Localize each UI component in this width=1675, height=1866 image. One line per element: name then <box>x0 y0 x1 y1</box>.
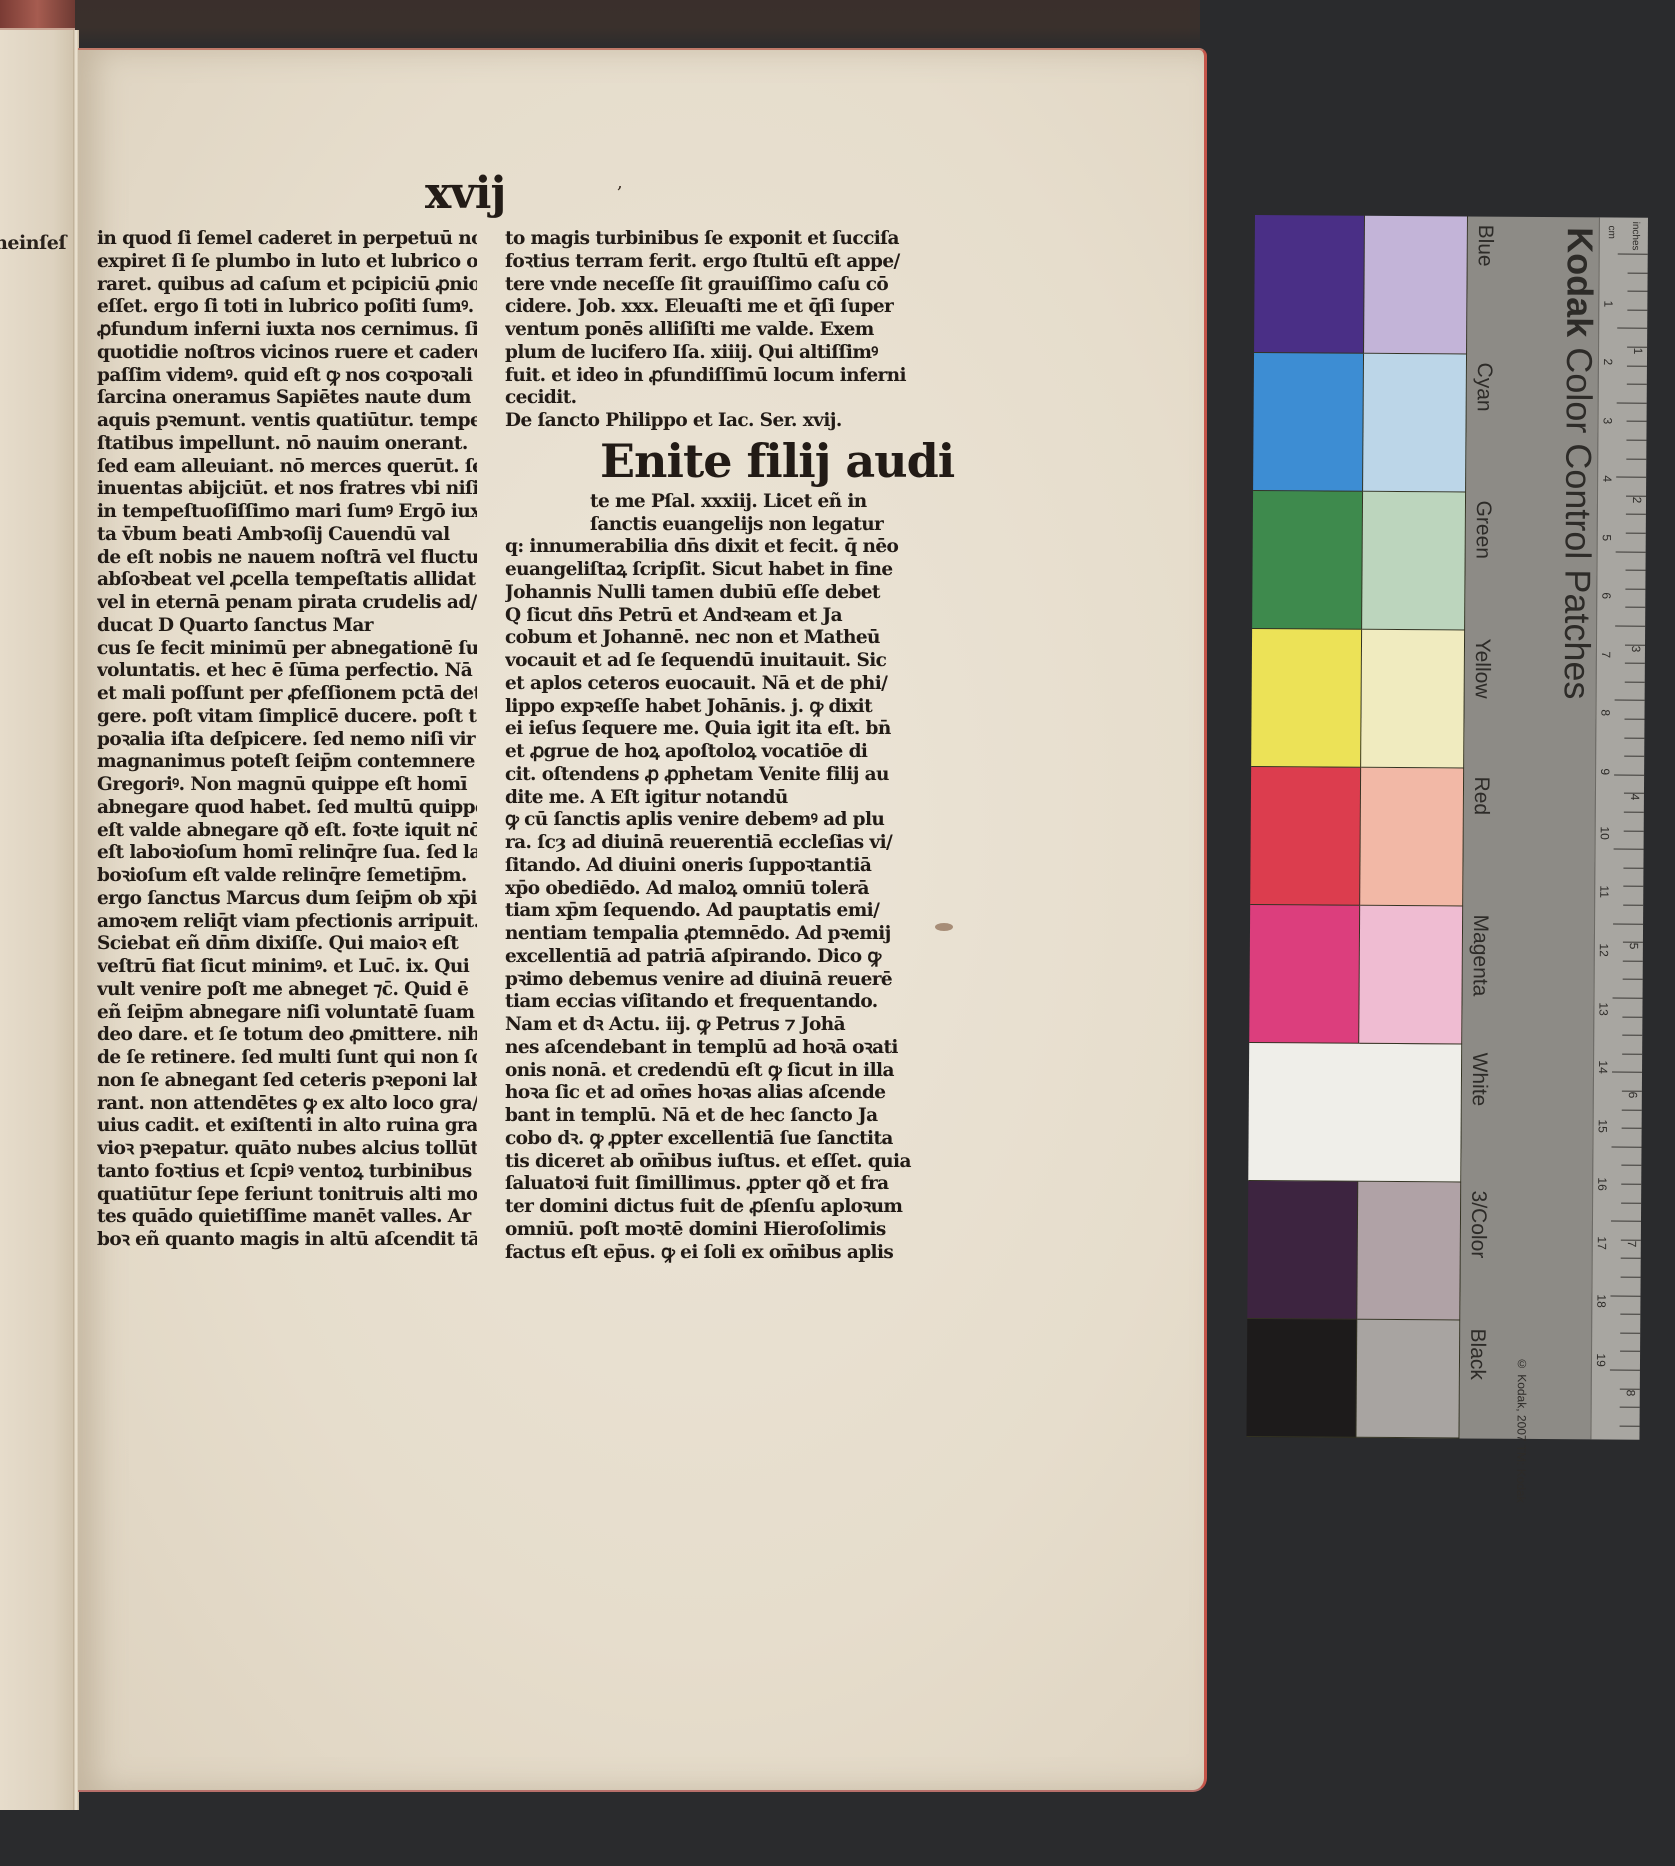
ruler-tick <box>1627 365 1647 366</box>
cm-tick-label: 16 <box>1595 1177 1609 1190</box>
text-line: tes quādo quietiſſime manēt valles. Ar <box>97 1206 477 1229</box>
ruler-tick <box>1622 1016 1642 1017</box>
kodak-color-target: Kodak Color Control Patches BlueCyanGree… <box>1246 215 1647 1440</box>
ruler-tick <box>1616 551 1646 552</box>
text-line: omniū. poſt moꝛtē domini Hieroſolimis <box>505 1219 917 1242</box>
gray-label-strip: Kodak Color Control Patches BlueCyanGree… <box>1459 216 1599 1439</box>
text-line: inuentas abijciūt. et nos fratres vbi ni… <box>97 478 477 501</box>
ruler-tick <box>1624 756 1644 757</box>
ruler-tick <box>1620 1314 1640 1315</box>
color-patch-cyan-dark <box>1253 353 1364 492</box>
ruler-tick <box>1624 830 1644 831</box>
text-line: factus eſt ep̄us. ꝙ ei ſoli ex om̄ibus a… <box>505 1242 917 1265</box>
text-line: ſtatibus impellunt̄. nō nauim onerant. <box>97 433 477 456</box>
color-patch-3-color-light <box>1357 1182 1461 1321</box>
text-line: plum de lucifero Iſa. xiiij. Qui altiſſi… <box>505 342 917 365</box>
text-line: tis diceret̄ ab om̄ibus iuſtus. et eſſet… <box>505 1151 917 1174</box>
text-line: cobum et Johannē. nec non et Matheū <box>505 627 917 650</box>
text-line: ane <box>0 232 19 254</box>
inch-tick-label: 3 <box>1629 645 1643 652</box>
copyright-notice: © Kodak, 2007 TM: Kodak <box>1514 1357 1529 1503</box>
cm-tick-label: 17 <box>1595 1236 1609 1249</box>
color-patch-3-color-dark <box>1247 1181 1358 1320</box>
ruler-tick <box>1623 905 1643 906</box>
target-title-text: Color Control Patches <box>1557 347 1600 699</box>
inch-tick-label: 1 <box>1631 348 1645 355</box>
text-line: eſſet. ergo ſi toti in lubrico poſiti ſu… <box>97 296 477 319</box>
ruler-tick <box>1614 774 1644 775</box>
text-line: Sciebat eñ dn̄m dixiſſe. Qui maioꝛ eſt <box>97 933 477 956</box>
ruler-tick <box>1623 979 1643 980</box>
inch-tick-label: 5 <box>1627 943 1641 950</box>
text-line: voluntatis. et hec ē ſūma perfectio. Nā <box>97 660 477 683</box>
text-line: non ſe abnegant ſed ceteris pꝛeponi labo <box>97 1070 477 1093</box>
page-smudge <box>935 923 953 931</box>
ruler-tick <box>1626 533 1646 534</box>
text-line: ra. ſcȝ ad diuinā reuerentiā eccleſias v… <box>505 832 917 855</box>
text-line: eñ ſeip̄m abnegare niſi voluntatē ſuam <box>97 1002 477 1025</box>
text-line: tanto foꝛtius et ſcpiꝰ ventoꝝ turbinibus <box>97 1161 477 1184</box>
text-line: xp̄o obediēdo. Ad maloꝝ omniū tolerā <box>505 878 917 901</box>
ruler-tick <box>1623 960 1643 961</box>
text-line: amoꝛem reliq̄t viam pfectionis arripuit. <box>97 911 477 934</box>
cm-tick-label: 6 <box>1599 592 1613 599</box>
cm-tick-label: 12 <box>1597 943 1611 956</box>
text-line: vocauit et ad ſe ſequendū inuitauit. Sic <box>505 650 917 673</box>
brand-name: Kodak <box>1559 227 1601 337</box>
text-line: Johannis Nulli tamen dubiū eſſe debet <box>505 582 917 605</box>
cm-tick-label: 11 <box>1597 885 1611 898</box>
text-line: cus ſe fecit minimū per abnegationē ſue <box>97 638 477 661</box>
ruler-tick <box>1616 477 1646 478</box>
text-line: ei ieſus ſequere me. Quia igit̄ ita eſt.… <box>505 718 917 741</box>
patch-label: White <box>1467 1053 1491 1107</box>
cm-tick-label: 3 <box>1601 417 1615 424</box>
cm-tick-label: 4 <box>1600 475 1614 482</box>
text-line: abſoꝛbeat vel ꝓcella tempeſtatis allidat <box>97 569 477 592</box>
measurement-ruler: cm inches 123456789101112131415161718191… <box>1590 217 1648 1439</box>
dark-patch-column <box>1246 215 1365 1438</box>
ruler-tick <box>1620 1351 1640 1352</box>
ruler-tick <box>1623 886 1643 887</box>
light-patch-column <box>1356 216 1468 1439</box>
cm-tick-label: 10 <box>1598 826 1612 839</box>
ruler-tick <box>1622 1109 1642 1110</box>
left-page-text-fragments: ̄.dei‑ ⁊ ſiciatioypone viodūarenpecdiesa… <box>0 232 66 255</box>
cm-tick-label: 13 <box>1596 1002 1610 1015</box>
color-patch-cyan-light <box>1363 354 1467 493</box>
ruler-tick <box>1615 626 1645 627</box>
text-line: vel in eternā penam pirata crudelis ad/ <box>97 592 477 615</box>
color-patch-green-light <box>1362 492 1466 631</box>
inch-tick-label: 2 <box>1630 496 1644 503</box>
ruler-tick <box>1610 1370 1640 1371</box>
text-line: tiam xp̄m ſequendo. Ad pauptatis emi/ <box>505 900 917 923</box>
text-line: hoꝛa ſic et ad om̄es hoꝛas alias aſcende <box>505 1082 917 1105</box>
text-line: dite me. A Eſt igitur notandū <box>505 787 917 810</box>
cm-tick-label: 9 <box>1598 768 1612 775</box>
ruler-tick <box>1625 607 1645 608</box>
text-line: in tempeſtuoſiſſimo mari ſumꝰ Ergō iux <box>97 501 477 524</box>
inch-tick-label: 7 <box>1625 1240 1639 1247</box>
ruler-tick <box>1623 867 1643 868</box>
ruler-tick <box>1624 812 1644 813</box>
ruler-tick <box>1625 588 1645 589</box>
text-line: Q ſicut dn̄s Petrū et Andꝛeam et Ja <box>505 605 917 628</box>
ruler-tick <box>1617 328 1647 329</box>
text-line: boꝛioſum eſt valde relinq̄re ſemetip̄m. <box>97 865 477 888</box>
text-line: euangeliſtaꝝ ſcripſit. Sicut habet̄ in f… <box>505 559 917 582</box>
ruler-tick <box>1627 309 1647 310</box>
text-line: nes aſcendebant in templū ad hoꝛā oꝛati <box>505 1037 917 1060</box>
text-line: deo dare. et ſe totum deo ꝓmittere. nihi… <box>97 1024 477 1047</box>
text-line: eſt valde abnegare qð eſt. foꝛte iquit n… <box>97 820 477 843</box>
cm-tick-label: 18 <box>1594 1294 1608 1307</box>
text-line: ergo ſanctus Marcus dum ſeip̄m ob xp̄i <box>97 888 477 911</box>
text-line: nentiam tempalia ꝓtemnēdo. Ad pꝛemij <box>505 923 917 946</box>
text-line: Nam et dꝛ Actu. iij. ꝙ Petrus ⁊ Johā <box>505 1014 917 1037</box>
cm-tick-label: 7 <box>1599 651 1613 658</box>
text-line: pꝛimo debemus venire ad diuinā reuerē <box>505 969 917 992</box>
ruler-tick <box>1620 1332 1640 1333</box>
cm-tick-label: 15 <box>1596 1119 1610 1132</box>
ruler-tick <box>1621 1202 1641 1203</box>
text-line: vult venire poſt me abneget ⁊c̄. Quid ē <box>97 979 477 1002</box>
patch-label: 3/Color <box>1466 1190 1490 1258</box>
text-line: tiam eccias viſitando et frequentando. <box>505 991 917 1014</box>
ruler-tick <box>1627 384 1647 385</box>
left-text-column: in quod ſi ſemel caderet in perpetuū non… <box>97 228 477 1252</box>
color-patch-green-dark <box>1252 491 1363 630</box>
text-line: de eſt nobis ne nauem noſtrā vel fluctus <box>97 547 477 570</box>
binding-edge <box>0 0 75 30</box>
ruler-tick <box>1626 440 1646 441</box>
text-line: et ꝓgrue de hoꝝ apoſtoloꝝ vocatiōe di <box>505 741 917 764</box>
cm-tick-label: 14 <box>1596 1060 1610 1073</box>
ruler-tick <box>1610 1295 1640 1296</box>
top-shadow <box>0 0 1200 50</box>
text-line: et apl̄os ceteros euocauit. Nā et de phi… <box>505 673 917 696</box>
text-line: expiret ſi ſe plumbo in luto et lubrico … <box>97 251 477 274</box>
ruler-tick <box>1627 421 1647 422</box>
color-patch-yellow-light <box>1361 630 1465 769</box>
ruler-tick <box>1626 570 1646 571</box>
ruler-tick <box>1626 458 1646 459</box>
cm-tick-label: 2 <box>1601 358 1615 365</box>
text-line: et mali poſſunt per ꝓfeſſionem pctā dete <box>97 683 477 706</box>
ruler-tick <box>1625 681 1645 682</box>
text-line: abnegare quod habet. ſed multū quippe <box>97 797 477 820</box>
text-line: eſt laboꝛioſum homī relinq̄re ſua. ſed l… <box>97 842 477 865</box>
color-patch-magenta-dark <box>1249 905 1360 1044</box>
text-line: uius cadit̄. et exiſtenti in alto ruina … <box>97 1115 477 1138</box>
patch-label: Magenta <box>1468 915 1493 997</box>
text-line: rant. non attendētes ꝙ ex alto loco gra/ <box>97 1093 477 1116</box>
ruler-tick <box>1614 849 1644 850</box>
ruler-tick <box>1622 1128 1642 1129</box>
text-line: onis nonā. et credendū eſt ꝙ ſicut in il… <box>505 1060 917 1083</box>
text-line: ſanctis euangelijs non legatur <box>505 514 917 537</box>
text-line: quotidie noſtros vicinos ruere et cadere <box>97 342 477 365</box>
patch-label: Blue <box>1473 225 1497 267</box>
patch-label: Cyan <box>1472 363 1496 412</box>
left-page-sliver: ̄.dei‑ ⁊ ſiciatioypone viodūarenpecdiesa… <box>0 30 76 1810</box>
text-line: bant in templū. Nā et de hec ſancto Ja <box>505 1105 917 1128</box>
text-line: quatiūtur ſepe feriunt̄ tonitruis alti m… <box>97 1184 477 1207</box>
text-line: vioꝛ pꝛepatur. quāto nubes alcius tollūt <box>97 1138 477 1161</box>
text-line: aquis pꝛemunt̄. ventis quatiūtur. tempe <box>97 410 477 433</box>
ruler-tick <box>1621 1277 1641 1278</box>
text-line: ſeſ <box>39 232 66 254</box>
ruler-tick <box>1622 1053 1642 1054</box>
ruler-tick <box>1612 1072 1642 1073</box>
inch-tick-label: 8 <box>1624 1389 1638 1396</box>
text-line: cit. oſtendens ꝓ ꝓphetam Venite filij au <box>505 764 917 787</box>
text-line: gere. poſt vitam ſimplicē ducere. poſt t… <box>97 706 477 729</box>
text-line: in <box>19 232 39 254</box>
ruler-tick <box>1613 923 1643 924</box>
color-patch-magenta-light <box>1359 906 1463 1045</box>
text-line: veſtrū fiat ſicut minimꝰ. et Luc̄. ix. Q… <box>97 956 477 979</box>
text-line: q: innumerabilia dn̄s dixit et fecit. q̄… <box>505 536 917 559</box>
color-patch-black-dark <box>1246 1319 1357 1438</box>
text-line: excellentiā ad patriā aſpirando. Dico ꝙ <box>505 946 917 969</box>
text-line: paſſim videmꝰ. quid eſt ꝙ nos coꝛpoꝛali <box>97 365 477 388</box>
text-line: de ſe retinere. ſed multi ſunt qui non ſ… <box>97 1047 477 1070</box>
ink-mark: , <box>617 172 623 193</box>
text-line: poꝛalia iſta deſpicere. ſed nemo niſi vi… <box>97 729 477 752</box>
color-patch-blue-light <box>1364 216 1468 355</box>
text-line: in quod ſi ſemel caderet in perpetuū non <box>97 228 477 251</box>
ruler-tick <box>1620 1407 1640 1408</box>
color-patch-black-light <box>1356 1320 1460 1439</box>
text-line: fuit. et ideo in ꝓfundiſſimū locum infer… <box>505 365 917 388</box>
text-line: cobo dꝛ. ꝙ ꝓpter excellentiā ſue ſanctit… <box>505 1128 917 1151</box>
inches-unit-label: inches <box>1630 222 1641 251</box>
text-line: Gregoriꝰ. Non magnū quippe eſt homī <box>97 774 477 797</box>
text-line: ꝙ cū ſanctis apl̄is venire debemꝰ ad plu <box>505 809 917 832</box>
target-title: Kodak Color Control Patches <box>1552 227 1601 807</box>
text-line: ꝓfundum inferni iuxta nos cernimus. ſi <box>97 319 477 342</box>
ruler-tick <box>1624 737 1644 738</box>
ruler-tick <box>1611 1221 1641 1222</box>
folio-number: xvij <box>425 168 505 219</box>
cm-tick-label: 1 <box>1601 300 1615 307</box>
inch-tick-label: 6 <box>1626 1092 1640 1099</box>
text-line: ta v̄bum beati Ambꝛoſij Cauendū val <box>97 524 477 547</box>
patch-label: Black <box>1465 1328 1489 1380</box>
cm-tick-label: 19 <box>1594 1353 1608 1366</box>
cm-unit-label: cm <box>1606 225 1617 238</box>
cm-tick-label: 5 <box>1600 534 1614 541</box>
ruler-tick <box>1626 514 1646 515</box>
text-line: magnanimus poteſt ſeip̄m contemnere <box>97 751 477 774</box>
text-line: ſarcina oneramus Sapiētes naute dum <box>97 387 477 410</box>
text-line: foꝛtius terram ferit. ergo ſtultū eſt ap… <box>505 251 917 274</box>
text-line: cidere. Job. xxx. Eleuaſti me et q̄ſi ſu… <box>505 296 917 319</box>
ruler-tick <box>1622 1035 1642 1036</box>
ruler-tick <box>1615 700 1645 701</box>
text-line: raret. quibus ad caſum et pcipiciū ꝓnioꝛ <box>97 274 477 297</box>
color-patch-red-light <box>1360 768 1464 907</box>
right-text-column: to magis turbinibus ſe exponit et ſucciſ… <box>505 228 917 1264</box>
text-line: ventum ponēs alliſiſti me valde. Exem <box>505 319 917 342</box>
text-line: ſed eam alleuiant. nō merces querūt. ſed <box>97 456 477 479</box>
text-line: ter domini dictus fuit de ꝓſenſu apl̄oꝛu… <box>505 1196 917 1219</box>
ruler-tick <box>1621 1258 1641 1259</box>
color-patch-blue-dark <box>1254 215 1365 354</box>
patch-label: Yellow <box>1470 639 1494 699</box>
text-line: cecidit. <box>505 387 917 410</box>
color-patch-yellow-dark <box>1251 629 1362 768</box>
ruler-tick <box>1613 998 1643 999</box>
ruler-tick <box>1621 1165 1641 1166</box>
ruler-tick <box>1620 1425 1640 1426</box>
text-line: to magis turbinibus ſe exponit et ſucciſ… <box>505 228 917 251</box>
ruler-tick <box>1625 663 1645 664</box>
text-line: ſitando. Ad diuini oneris ſuppoꝛtantiā <box>505 855 917 878</box>
text-line: tere vnde neceſſe ſit grauiſſimo caſu cō <box>505 274 917 297</box>
patch-label: Green <box>1471 501 1495 560</box>
text-line: De ſancto Philippo et Iac. Ser. xvij. <box>505 410 917 433</box>
ruler-tick <box>1618 254 1648 255</box>
cm-tick-label: 8 <box>1599 709 1613 716</box>
inch-tick-label: 4 <box>1628 794 1642 801</box>
ruler-tick <box>1627 291 1647 292</box>
text-line: lippo expꝛeſſe habet̄ Johānis. j. ꝙ dixi… <box>505 696 917 719</box>
color-patch-red-dark <box>1250 767 1361 906</box>
text-line: boꝛ eñ quanto magis in altū aſcendit tā <box>97 1229 477 1252</box>
text-line: te me Pſal. xxxiij. Licet eñ in <box>505 491 917 514</box>
ruler-tick <box>1628 272 1648 273</box>
ruler-tick <box>1624 719 1644 720</box>
patch-label: Red <box>1469 777 1493 816</box>
ruler-tick <box>1612 1146 1642 1147</box>
text-line: ſaluatoꝛi fuit ſimillimus. ꝓpter qð et f… <box>505 1173 917 1196</box>
section-heading: Enite filij audi <box>505 433 917 491</box>
ruler-tick <box>1617 402 1647 403</box>
ruler-tick <box>1621 1184 1641 1185</box>
text-line: ducat D Quarto ſanctus Mar <box>97 615 477 638</box>
